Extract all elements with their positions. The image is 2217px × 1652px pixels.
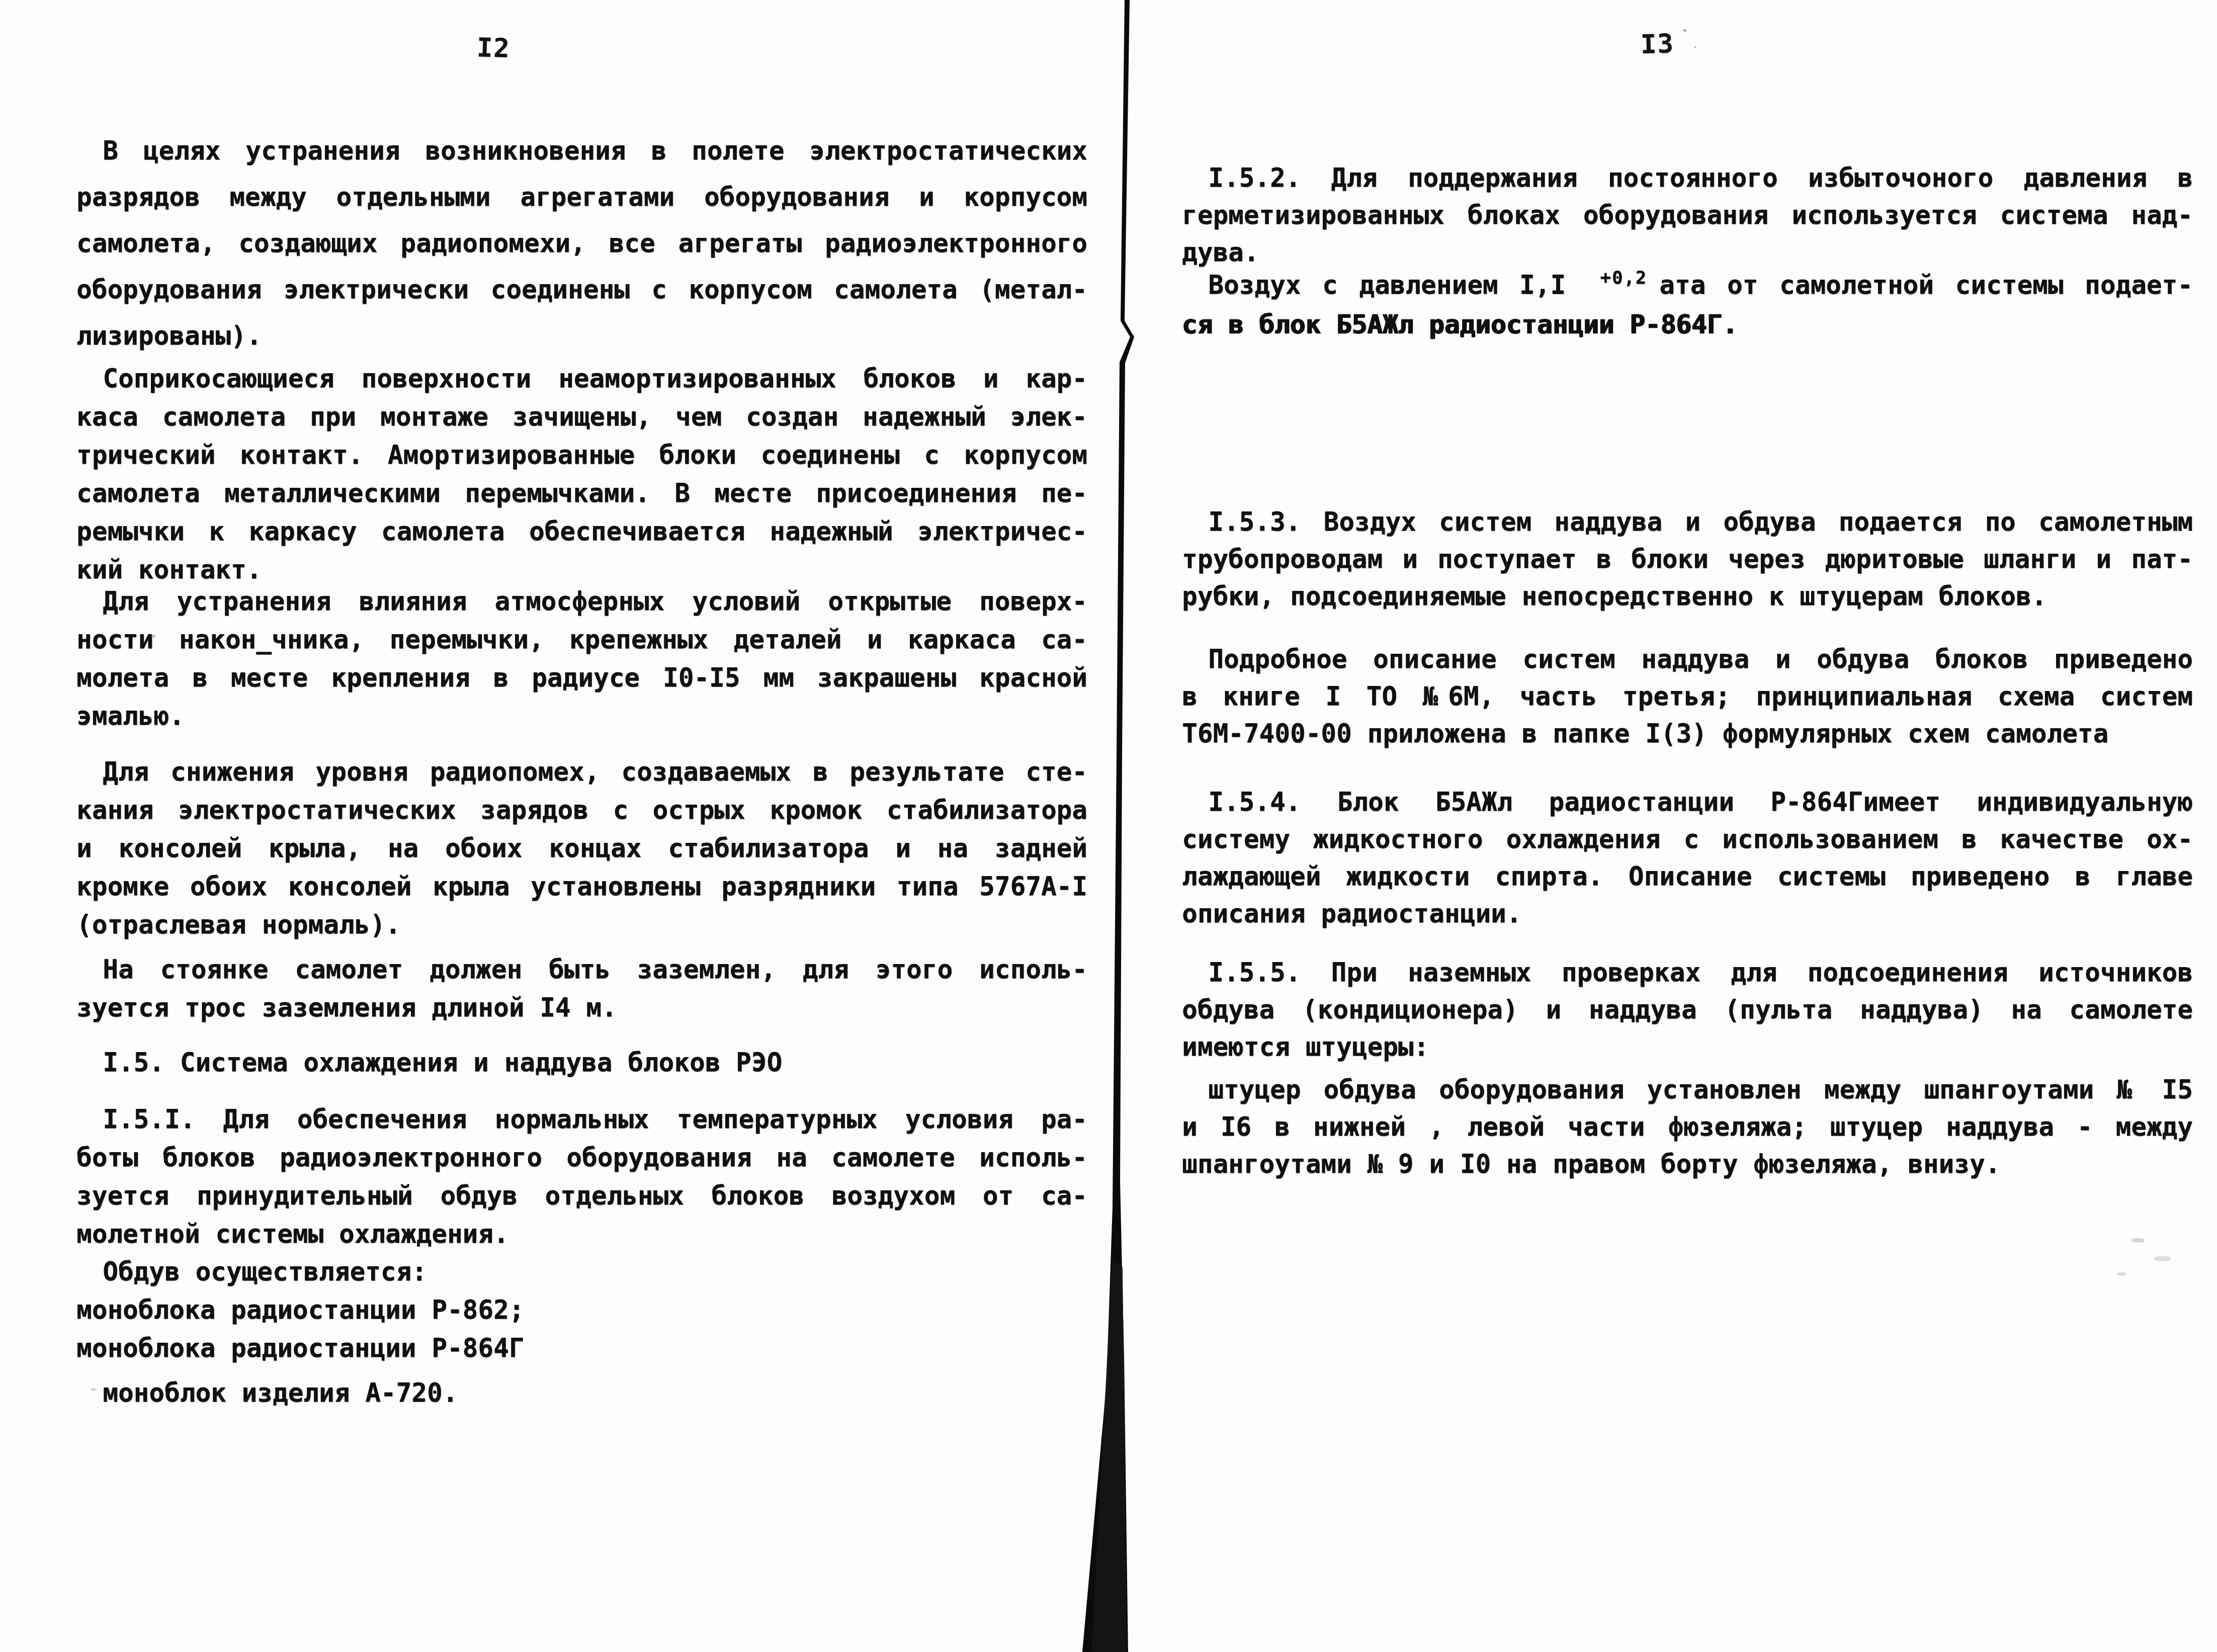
text-line: лизированы). xyxy=(76,313,1087,360)
list-blown-units: Обдув осуществляется:моноблока радиостан… xyxy=(76,1253,1087,1368)
text-line: ремычки к каркасу самолета обеспечиваетс… xyxy=(76,513,1087,551)
text-line: обдува (кондиционера) и наддува (пульта … xyxy=(1182,992,2193,1029)
text-line: зуется принудительный обдув отдельных бл… xyxy=(76,1177,1087,1215)
text-line: Обдув осуществляется: xyxy=(76,1253,1087,1291)
text-line: В целях устранения возникновения в полет… xyxy=(76,128,1087,175)
text-line: систему жидкостного охлаждения с использ… xyxy=(1182,821,2193,858)
text-line: разрядов между отдельными агрегатами обо… xyxy=(76,175,1087,221)
paragraph-air-pressure: Воздух с давлением I,I+0,2ата от самолет… xyxy=(1182,267,2193,344)
paragraph-grounding: На стоянке самолет должен быть заземлен,… xyxy=(76,951,1087,1027)
paragraph-electrostatic: В целях устранения возникновения в полет… xyxy=(76,128,1087,360)
text-line: и консолей крыла, на обоих концах стабил… xyxy=(76,830,1087,868)
text-line: I.5.I. Для обеспечения нормальных темпер… xyxy=(76,1101,1087,1139)
text-line: герметизированных блоках оборудования ис… xyxy=(1182,197,2193,234)
left-page-text-column: В целях устранения возникновения в полет… xyxy=(76,0,1087,1652)
text-line: Для снижения уровня радиопомех, создавае… xyxy=(76,753,1087,792)
scan-speckle xyxy=(2154,1256,2171,1261)
text-line: ности након_чника, перемычки, крепежных … xyxy=(76,621,1087,659)
pressure-line-with-superscript: Воздух с давлением I,I+0,2ата от самолет… xyxy=(1182,267,2193,307)
pressure-text-pre: Воздух с давлением I,I xyxy=(1208,271,1566,300)
text-line: Для устранения влияния атмосферных услов… xyxy=(76,583,1087,621)
text-line: Подробное описание систем наддува и обду… xyxy=(1182,641,2193,678)
text-line: самолета, создающих радиопомехи, все агр… xyxy=(76,221,1087,267)
paragraph-1-5-4: I.5.4. Блок Б5АЖл радиостанции Р-864Гиме… xyxy=(1182,784,2193,933)
scan-speckle xyxy=(2131,1238,2145,1243)
text-line: описания радиостанции. xyxy=(1182,896,2193,933)
text-line: трический контакт. Амортизированные блок… xyxy=(76,437,1087,475)
text-line: (отраслевая нормаль). xyxy=(76,906,1087,944)
paragraph-1-5-3: I.5.3. Воздух систем наддува и обдува по… xyxy=(1182,504,2193,616)
text-line: молетной системы охлаждения. xyxy=(76,1215,1087,1254)
superscript-tolerance: +0,2 xyxy=(1574,259,1647,297)
text-line: каса самолета при монтаже зачищены, чем … xyxy=(76,398,1087,437)
text-line: кания электростатических зарядов с остры… xyxy=(76,792,1087,830)
text-line: молета в месте крепления в радиусе I0-I5… xyxy=(76,659,1087,698)
text-line: I.5.5. При наземных проверках для подсое… xyxy=(1182,954,2193,992)
text-line: На стоянке самолет должен быть заземлен,… xyxy=(76,951,1087,989)
text-line: имеются штуцеры: xyxy=(1182,1029,2193,1066)
right-page-text-column: I.5.2. Для поддержания постоянного избыт… xyxy=(1182,0,2193,1652)
paragraph-contact-surfaces: Соприкосающиеся поверхности неамортизиро… xyxy=(76,360,1087,589)
scan-speckle xyxy=(151,635,156,638)
scan-speckle xyxy=(119,971,123,974)
paragraph-1-5-5: I.5.5. При наземных проверках для подсое… xyxy=(1182,954,2193,1066)
text-line: дува. xyxy=(1182,234,2193,272)
text-line: трубопроводам и поступает в блоки через … xyxy=(1182,541,2193,578)
text-line: I.5. Система охлаждения и наддува блоков… xyxy=(76,1044,1087,1082)
text-line: I.5.2. Для поддержания постоянного избыт… xyxy=(1182,160,2193,197)
text-line: в книге I ТО №6М, часть третья; принципи… xyxy=(1182,678,2193,716)
pressure-text-post: ата от самолетной системы подает- xyxy=(1659,271,2193,300)
text-line: кромке обоих консолей крыла установлены … xyxy=(76,868,1087,906)
list-item-a720: моноблок изделия А-720. xyxy=(76,1374,1087,1413)
paragraph-1-5-2: I.5.2. Для поддержания постоянного избыт… xyxy=(1182,160,2193,272)
text-line: шпангоутами № 9 и I0 на правом борту фюз… xyxy=(1182,1146,2193,1183)
text-line: моноблока радиостанции Р-864Г xyxy=(76,1330,1087,1368)
text-line: лаждающей жидкости спирта. Описание сист… xyxy=(1182,858,2193,896)
paragraph-detailed-description: Подробное описание систем наддува и обду… xyxy=(1182,641,2193,753)
text-line: I.5.3. Воздух систем наддува и обдува по… xyxy=(1182,504,2193,541)
scan-speckle xyxy=(2117,1272,2126,1276)
text-line: моноблока радиостанции Р-862; xyxy=(76,1291,1087,1330)
text-line: оборудования электрически соединены с ко… xyxy=(76,267,1087,313)
section-heading-1-5: I.5. Система охлаждения и наддува блоков… xyxy=(76,1044,1087,1082)
text-line: Соприкосающиеся поверхности неамортизиро… xyxy=(76,360,1087,398)
scan-speckle xyxy=(91,1388,97,1391)
text-line: боты блоков радиоэлектронного оборудован… xyxy=(76,1139,1087,1177)
text-line: и I6 в нижней , левой части фюзеляжа; шт… xyxy=(1182,1109,2193,1146)
text-line: рубки, подсоединяемые непосредственно к … xyxy=(1182,578,2193,616)
paragraph-1-5-1: I.5.I. Для обеспечения нормальных темпер… xyxy=(76,1101,1087,1254)
paragraph-fittings-location: штуцер обдува оборудования установлен ме… xyxy=(1182,1072,2193,1183)
text-line: штуцер обдува оборудования установлен ме… xyxy=(1182,1072,2193,1109)
text-line: эмалью. xyxy=(76,698,1087,736)
scan-speckle xyxy=(1683,29,1687,32)
text-line: моноблок изделия А-720. xyxy=(76,1374,1087,1413)
scan-speckle xyxy=(1694,46,1696,48)
text-line: зуется трос заземления длиной I4 м. xyxy=(76,989,1087,1027)
pressure-line-2: ся в блок Б5АЖл радиостанции Р-864Г. xyxy=(1182,307,2193,344)
scanned-manual-spread: I2 I3 В целях устранения возникновения в… xyxy=(0,0,2217,1652)
text-line: I.5.4. Блок Б5АЖл радиостанции Р-864Гиме… xyxy=(1182,784,2193,821)
text-line: Т6М-7400-00 приложена в папке I(3) форму… xyxy=(1182,716,2193,753)
paragraph-red-enamel: Для устранения влияния атмосферных услов… xyxy=(76,583,1087,736)
paragraph-dischargers: Для снижения уровня радиопомех, создавае… xyxy=(76,753,1087,944)
text-line: самолета металлическими перемычками. В м… xyxy=(76,475,1087,513)
